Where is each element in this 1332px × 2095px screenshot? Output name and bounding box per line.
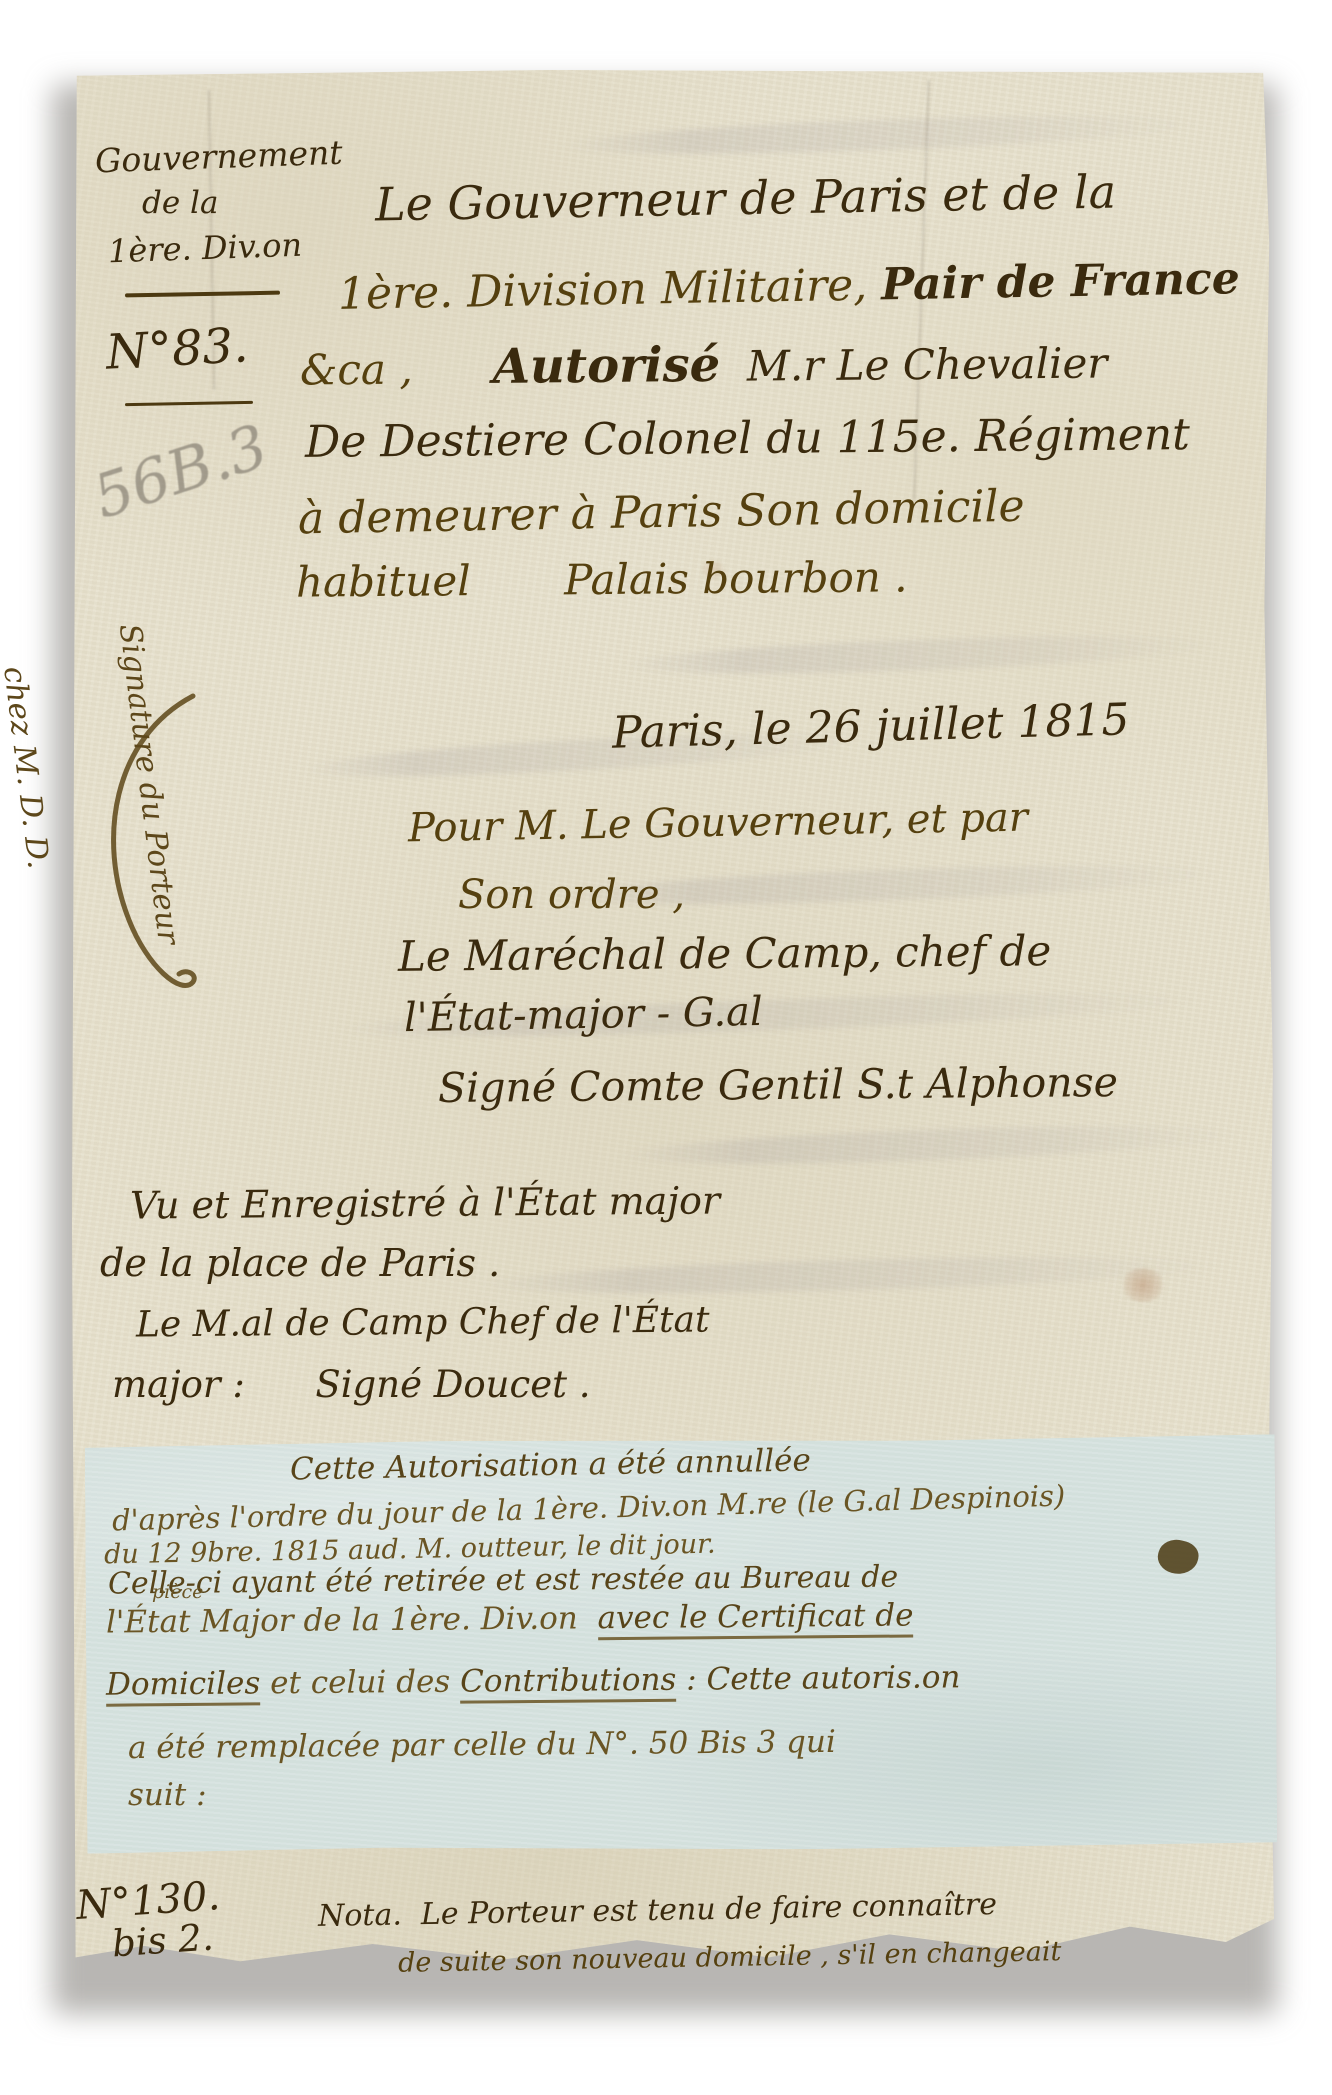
registration-line-1: Vu et Enregistré à l'État major	[130, 1179, 720, 1228]
margin-header-division: 1ère. Div.on	[107, 227, 302, 271]
main-line-2b: Pair de France	[881, 253, 1240, 310]
annulment-contributions-underlined: Contributions	[460, 1662, 677, 1704]
annulment-line-5: l'État Major de la 1ère. Div.on avec le …	[106, 1598, 914, 1641]
annulment-line-5-plain: l'État Major de la 1ère. Div.on	[106, 1600, 598, 1640]
annulment-line-4-insert: pièce	[152, 1582, 203, 1604]
margin-note-line-2: chez M. D. D.	[0, 636, 69, 961]
annulment-line-8: suit :	[128, 1778, 207, 1814]
annulment-line-6-plain-b: : Cette autoris.on	[676, 1659, 960, 1697]
main-line-6: habituel Palais bourbon .	[296, 553, 908, 607]
main-line-3: &ca , Autorisé M.r Le Chevalier	[300, 334, 1108, 396]
margin-note-line-1: Signature du Porteur	[109, 622, 188, 947]
annulment-domiciles-underlined: Domiciles	[106, 1665, 261, 1706]
registration-line-2: de la place de Paris .	[100, 1242, 500, 1286]
closing-line-3: Le Maréchal de Camp, chef de	[398, 927, 1052, 981]
closing-line-4: l'État-major - G.al	[404, 989, 763, 1041]
registration-line-3: Le M.al de Camp Chef de l'État	[136, 1299, 710, 1345]
manuscript-scan: Gouvernement de la 1ère. Div.on N°83. 56…	[0, 0, 1332, 2095]
annulment-line-7: a été remplacée par celle du N°. 50 Bis …	[128, 1725, 836, 1767]
annulment-line-4: Celle-ci ayant été retirée et est restée…	[108, 1561, 898, 1602]
annulment-line-6-plain-a: et celui des	[260, 1664, 460, 1702]
main-line-3a: &ca ,	[300, 344, 493, 395]
margin-number: N°83.	[105, 318, 250, 381]
closing-line-5-signature: Signé Comte Gentil S.t Alphonse	[438, 1059, 1118, 1112]
main-line-3b: Autorisé	[493, 337, 721, 395]
main-line-2a: 1ère. Division Militaire,	[338, 259, 882, 319]
closing-line-2: Son ordre ,	[458, 872, 685, 918]
foxing-stain	[1120, 1268, 1166, 1302]
annulment-line-6: Domiciles et celui des Contributions : C…	[106, 1660, 961, 1703]
margin-header-dela: de la	[142, 186, 218, 222]
main-line-3c: M.r Le Chevalier	[720, 338, 1108, 390]
margin-note-rotated: Signature du Porteur chez M. D. D.	[0, 612, 267, 971]
main-line-4: De Destiere Colonel du 115e. Régiment	[305, 410, 1190, 468]
annulment-line-5-underlined: avec le Certificat de	[597, 1597, 913, 1640]
footer-number-line-2: bis 2.	[111, 1917, 215, 1967]
registration-line-4-signature: major : Signé Doucet .	[112, 1364, 591, 1407]
